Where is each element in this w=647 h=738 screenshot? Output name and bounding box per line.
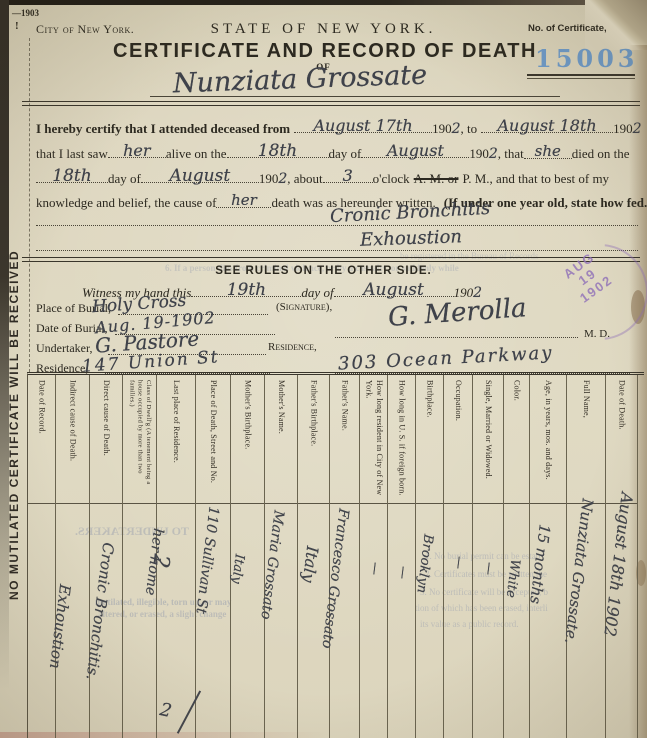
col-age: Age, in years, mos. and days. 15 months bbox=[530, 375, 567, 738]
margin-warning-text: NO MUTILATED CERTIFICATE WILL BE RECEIVE… bbox=[7, 132, 21, 600]
certify-text: I hereby certify that I attended decease… bbox=[36, 121, 290, 137]
death-record-table: Date of Record. Indirect cause of Death.… bbox=[27, 372, 644, 738]
undertaker-residence-label: Residence, bbox=[268, 341, 317, 353]
death-hour: 3 bbox=[343, 166, 353, 185]
section-divider bbox=[22, 257, 640, 262]
undertaker-label: Undertaker, bbox=[36, 341, 93, 356]
from-year-digit: 2 bbox=[452, 121, 461, 137]
certificate-no-label: No. of Certificate, bbox=[528, 23, 607, 34]
entry-birthplace: Brooklyn bbox=[414, 533, 434, 593]
death-month: August bbox=[170, 166, 231, 186]
col-date-of-record: Date of Record. bbox=[28, 375, 56, 738]
entry-fathers-birthplace: Italy bbox=[300, 545, 320, 583]
form-year-mark: —1903 bbox=[12, 8, 39, 18]
witness-month: August bbox=[363, 280, 424, 300]
witness-day: 19th bbox=[227, 280, 266, 300]
col-marital-status: Single, Married or Widowed. — bbox=[473, 375, 504, 738]
pronoun-her: her bbox=[123, 141, 150, 160]
entry-place-of-death: 110 Sullivan St bbox=[193, 506, 220, 615]
scan-edge-top bbox=[0, 0, 647, 5]
col-how-long-us: How long in U. S. if foreign born. — bbox=[388, 375, 416, 738]
entry-color: White bbox=[504, 558, 522, 598]
cause-of-death-line2: Exhoustion bbox=[360, 226, 463, 251]
col-color: Color. White bbox=[504, 375, 530, 738]
col-indirect-cause: Indirect cause of Death. Exhoustion bbox=[56, 375, 90, 738]
last-saw-day: 18th bbox=[258, 141, 297, 161]
col-mothers-birthplace: Mother's Birthplace. Italy bbox=[231, 375, 265, 738]
col-mothers-name: Mother's Name. Maria Grossato bbox=[265, 375, 298, 738]
pronoun-her2: her bbox=[231, 191, 257, 209]
undertaker-residence-value: 303 Ocean Parkway bbox=[338, 342, 554, 374]
certify-text: day of bbox=[108, 171, 141, 187]
certify-text: knowledge and belief, the cause of bbox=[36, 195, 216, 211]
rules-banner: SEE RULES ON THE OTHER SIDE. bbox=[0, 265, 647, 277]
pronoun-she: she bbox=[535, 142, 561, 160]
md-label: M. D. bbox=[584, 328, 610, 340]
col-date-of-death: Date of Death. August 18th 1902 bbox=[606, 375, 638, 738]
name-underline bbox=[150, 96, 560, 97]
entry-full-name: Nunziata Grossate. bbox=[562, 498, 595, 645]
col-last-residence: Last place of Residence. her home bbox=[157, 375, 196, 738]
entry-occupation: — bbox=[451, 555, 465, 569]
am-struck-out: A. M. or bbox=[414, 171, 459, 187]
section-divider bbox=[22, 101, 640, 106]
entry-age: 15 months bbox=[527, 523, 552, 604]
col-birthplace: Birthplace. Brooklyn bbox=[416, 375, 444, 738]
col-place-of-death: Place of Death, Street and No. 110 Sulli… bbox=[196, 375, 231, 738]
attended-from-date: August 17th bbox=[313, 116, 412, 135]
signature-label: (Signature), bbox=[276, 301, 332, 313]
death-certificate-document: TO UNDERTAKERS. mutilated, illegible, to… bbox=[0, 0, 647, 738]
entry-how-long-us: — bbox=[395, 565, 409, 579]
col-occupation: Occupation. — bbox=[444, 375, 473, 738]
entry-mothers-birthplace: Italy bbox=[229, 553, 246, 584]
col-direct-cause: Direct cause of Death. Cronic Bronchitis… bbox=[90, 375, 123, 738]
attended-to-date: August 18th bbox=[497, 116, 596, 135]
certify-text: that I last saw bbox=[36, 146, 108, 162]
entry-date-of-death: August 18th 1902 bbox=[601, 492, 635, 638]
to-year-digit: 2 bbox=[633, 121, 642, 137]
col-how-long-resident: How long resident in City of New York. — bbox=[360, 375, 388, 738]
entry-how-long-resident: — bbox=[367, 561, 381, 575]
col-full-name: Full Name, Nunziata Grossate. bbox=[567, 375, 606, 738]
death-day: 18th bbox=[52, 166, 91, 186]
last-saw-month: August bbox=[387, 141, 444, 160]
column-header: Date of Record. bbox=[36, 375, 46, 500]
col-fathers-name: Father's Name. Francesco Grossato bbox=[330, 375, 360, 738]
col-fathers-birthplace: Father's Birthplace. Italy bbox=[298, 375, 330, 738]
entry-marital-status: — bbox=[481, 561, 495, 575]
